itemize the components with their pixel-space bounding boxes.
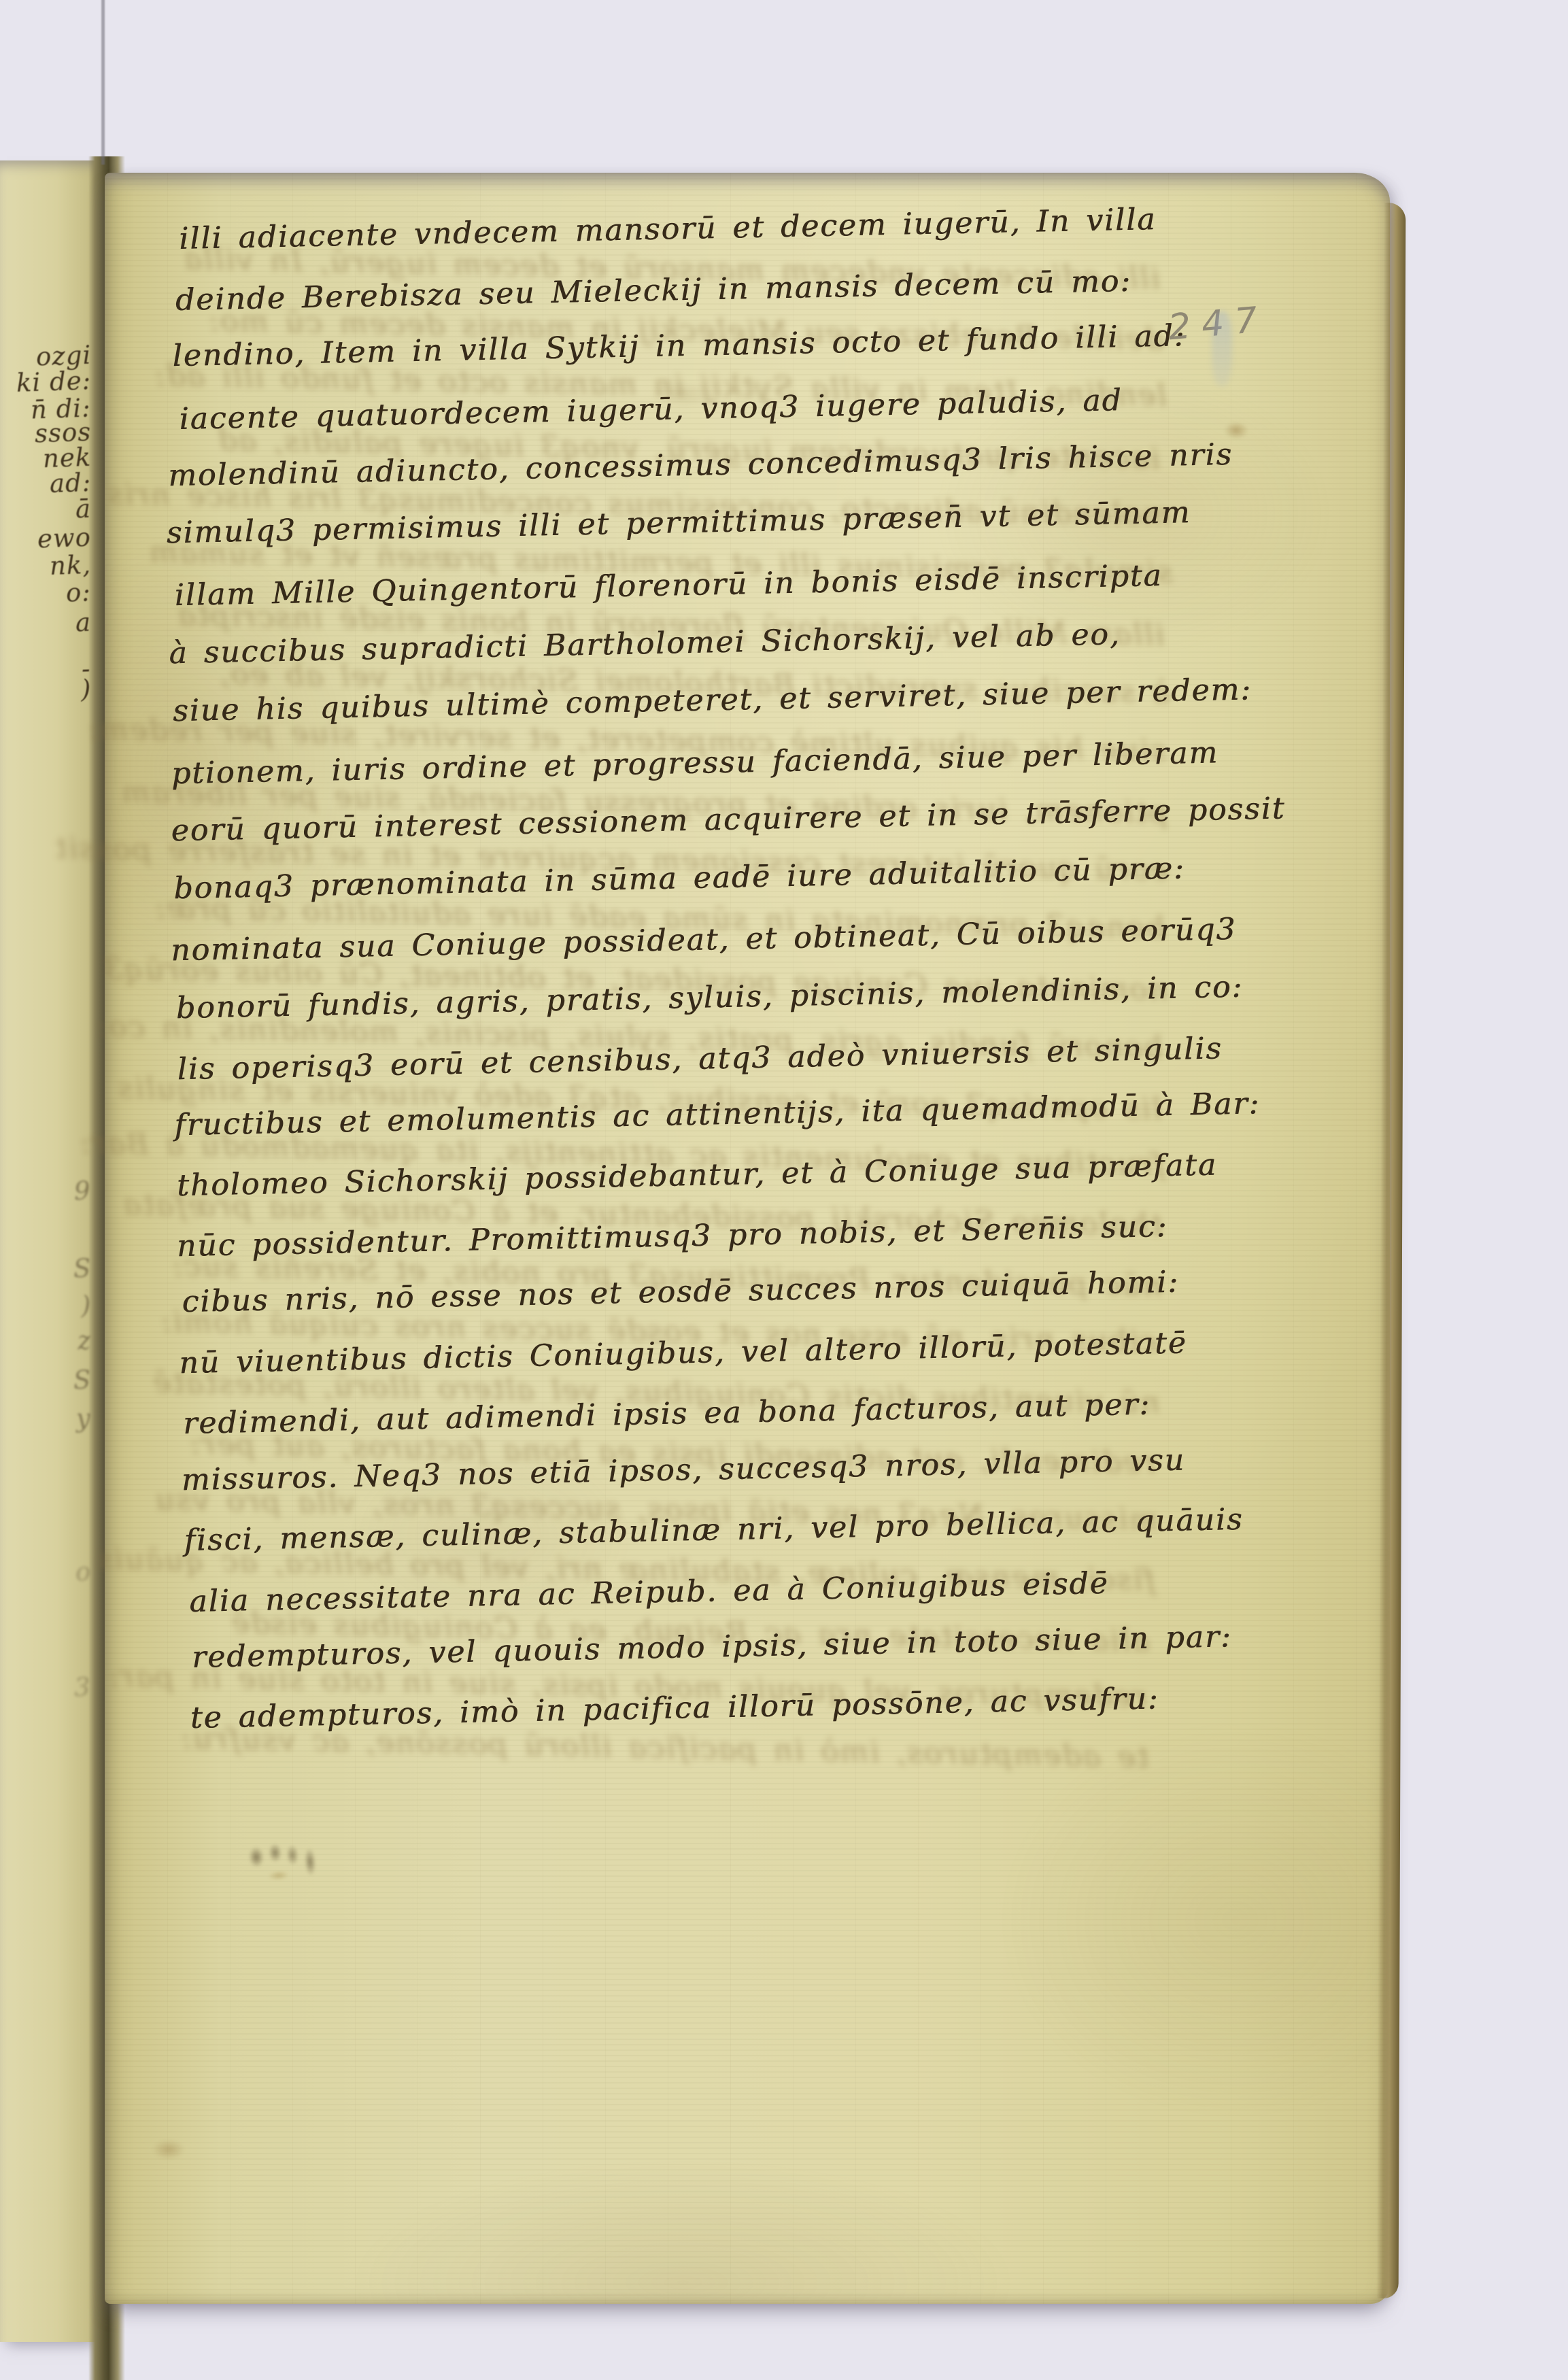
manuscript-text-block: illi adiacente vndecem mansorū et decem … (168, 190, 1171, 1748)
facing-page-text-fragment: ki de: (16, 367, 91, 397)
manuscript-scan: ozgiki de:n̄ di:ssosnekad:āewonk,o:a-)9S… (0, 0, 1568, 2380)
facing-page-text-fragment: ewo (37, 524, 91, 554)
facing-page-text-fragment: o: (66, 579, 92, 607)
ink-smudge (237, 1826, 337, 1890)
film-edge-line (101, 0, 105, 165)
facing-page-fragments: ozgiki de:n̄ di:ssosnekad:āewonk,o:a-)9S… (0, 160, 95, 2342)
folio-number: 247 (1167, 299, 1270, 349)
facing-page-text-fragment: nk, (49, 551, 91, 580)
facing-page-text-fragment: ad: (49, 469, 92, 498)
